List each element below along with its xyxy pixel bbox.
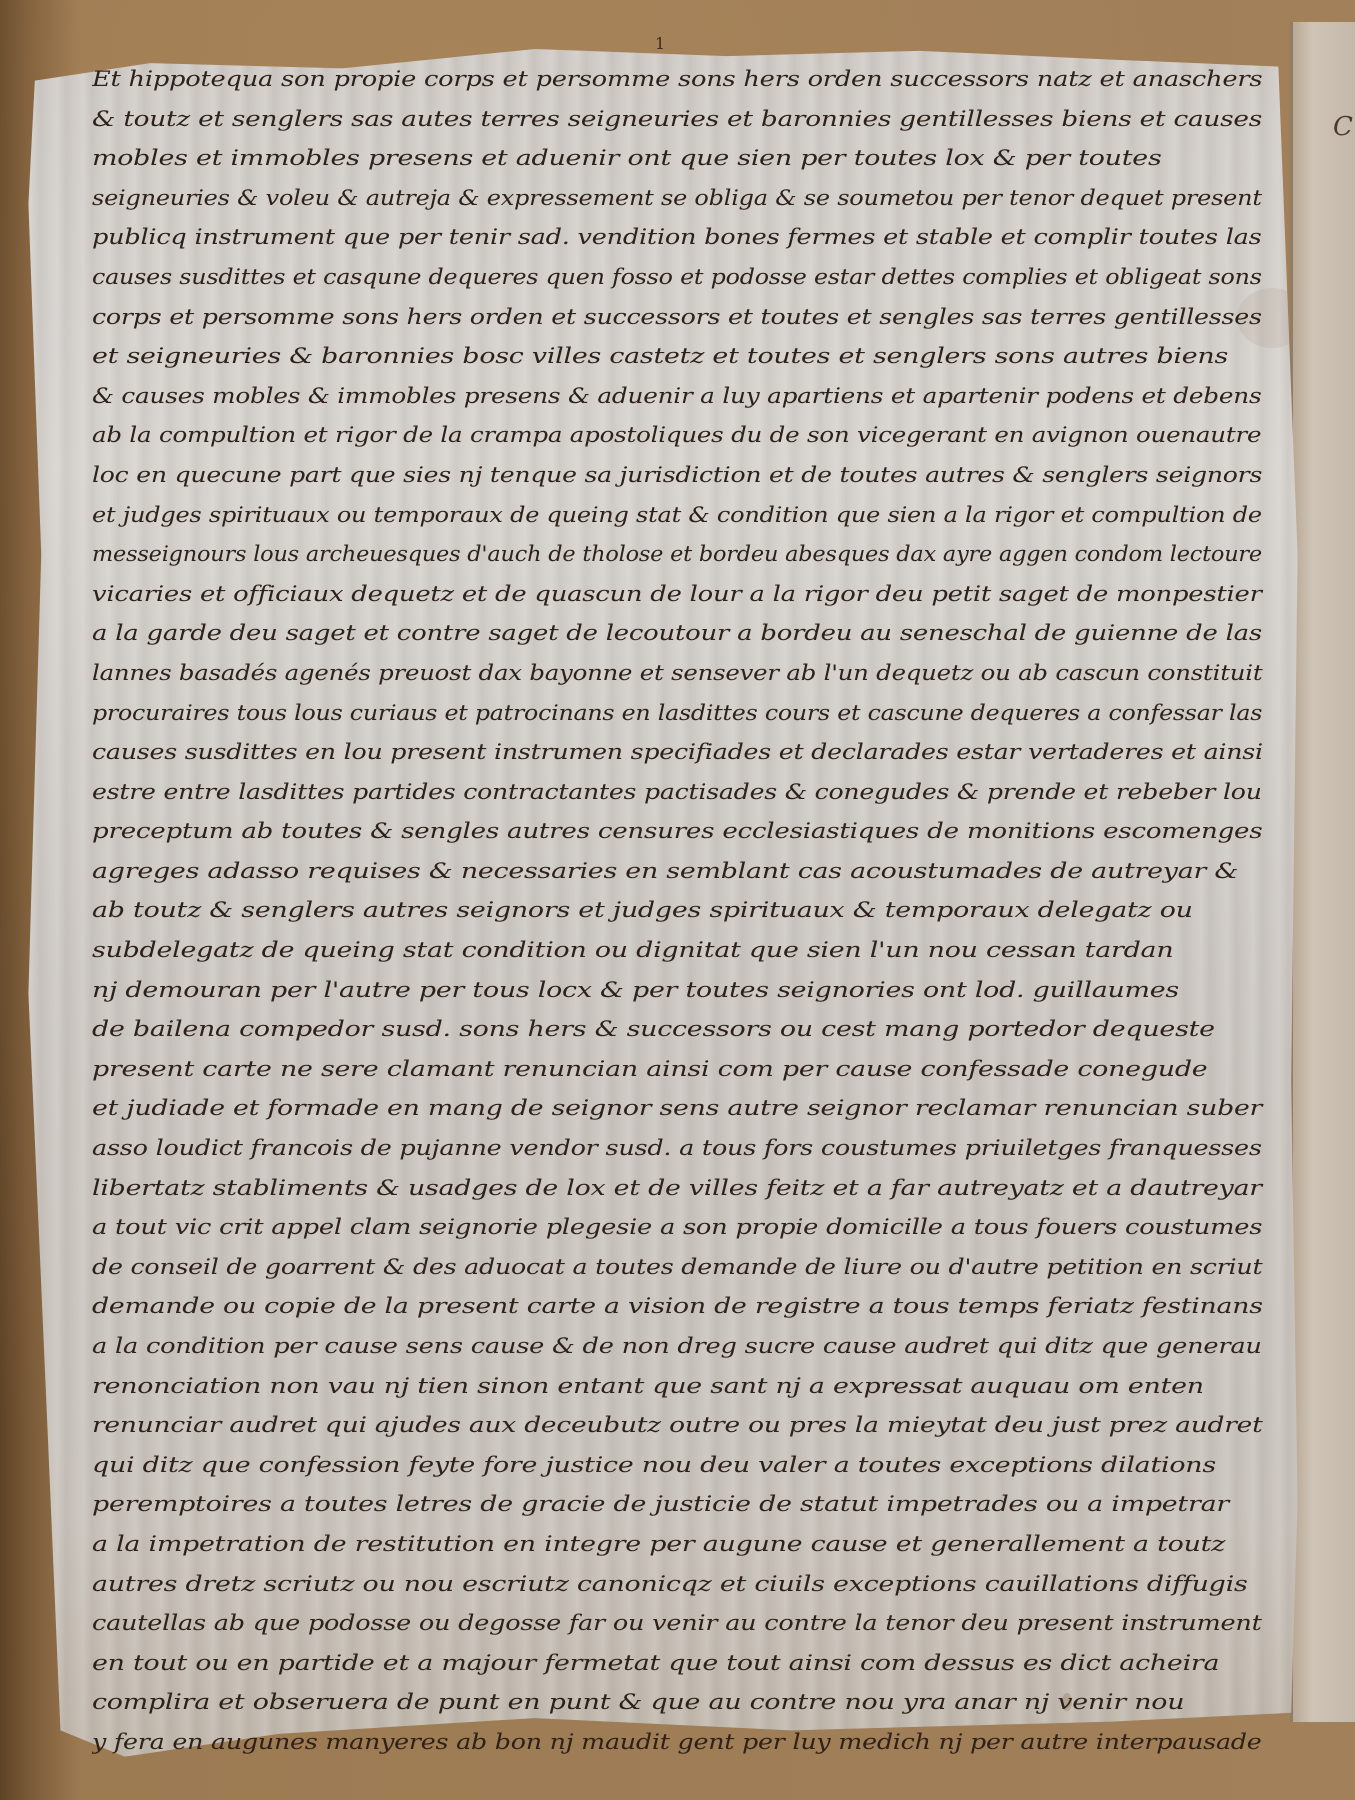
manuscript-line: publicq instrument que per tenir sad. ve… bbox=[92, 218, 1277, 258]
manuscript-line-text: qui ditz que confession feyte fore justi… bbox=[92, 1446, 1216, 1486]
manuscript-line-text: a la impetration de restitution en integ… bbox=[92, 1525, 1225, 1565]
manuscript-line: procuraires tous lous curiaus et patroci… bbox=[92, 694, 1277, 734]
manuscript-line: et judges spirituaux ou temporaux de que… bbox=[92, 496, 1277, 536]
manuscript-line-text: ab la compultion et rigor de la crampa a… bbox=[92, 416, 1261, 456]
manuscript-line: y fera en augunes manyeres ab bon nj mau… bbox=[92, 1723, 1277, 1763]
manuscript-line: & toutz et senglers sas autes terres sei… bbox=[92, 100, 1277, 140]
manuscript-line-text: publicq instrument que per tenir sad. ve… bbox=[92, 218, 1262, 258]
manuscript-line: estre entre lasdittes partides contracta… bbox=[92, 773, 1277, 813]
manuscript-line-text: et judiade et formade en mang de seignor… bbox=[92, 1089, 1262, 1129]
manuscript-line: autres dretz scriutz ou nou escriutz can… bbox=[92, 1565, 1277, 1605]
manuscript-line: present carte ne sere clamant renuncian … bbox=[92, 1050, 1277, 1090]
manuscript-line: causes susdittes en lou present instrume… bbox=[92, 733, 1277, 773]
manuscript-line-text: seigneuries & voleu & autreja & expresse… bbox=[92, 179, 1262, 219]
manuscript-line-text: subdelegatz de queing stat condition ou … bbox=[92, 931, 1173, 971]
manuscript-line: a tout vic crit appel clam seignorie ple… bbox=[92, 1208, 1277, 1248]
manuscript-line-text: peremptoires a toutes letres de gracie d… bbox=[92, 1485, 1229, 1525]
manuscript-line-text: demande ou copie de la present carte a v… bbox=[92, 1287, 1263, 1327]
manuscript-line: preceptum ab toutes & sengles autres cen… bbox=[92, 812, 1277, 852]
manuscript-line-text: vicaries et officiaux dequetz et de quas… bbox=[92, 575, 1262, 615]
manuscript-line-text: & toutz et senglers sas autes terres sei… bbox=[92, 100, 1262, 140]
manuscript-line: & causes mobles & immobles presens & adu… bbox=[92, 377, 1277, 417]
manuscript-line-text: present carte ne sere clamant renuncian … bbox=[92, 1050, 1207, 1090]
manuscript-line-text: et seigneuries & baronnies bosc villes c… bbox=[92, 337, 1228, 377]
manuscript-line: vicaries et officiaux dequetz et de quas… bbox=[92, 575, 1277, 615]
manuscript-line-text: renunciar audret qui ajudes aux deceubut… bbox=[92, 1406, 1263, 1446]
manuscript-line: renunciar audret qui ajudes aux deceubut… bbox=[92, 1406, 1277, 1446]
manuscript-line-text: libertatz stabliments & usadges de lox e… bbox=[92, 1169, 1262, 1209]
manuscript-line-text: en tout ou en partide et a majour fermet… bbox=[92, 1644, 1219, 1684]
manuscript-line: peremptoires a toutes letres de gracie d… bbox=[92, 1485, 1277, 1525]
manuscript-line: corps et persomme sons hers orden et suc… bbox=[92, 298, 1277, 338]
manuscript-line-text: cautellas ab que podosse ou degosse far … bbox=[92, 1604, 1262, 1644]
manuscript-line-text: messeignours lous archeuesques d'auch de… bbox=[92, 535, 1262, 575]
manuscript-line: lannes basadés agenés preuost dax bayonn… bbox=[92, 654, 1277, 694]
manuscript-line: messeignours lous archeuesques d'auch de… bbox=[92, 535, 1277, 575]
manuscript-line: Et hippotequa son propie corps et persom… bbox=[92, 60, 1277, 100]
manuscript-line: causes susdittes et casqune dequeres que… bbox=[92, 258, 1277, 298]
manuscript-line: loc en quecune part que sies nj tenque s… bbox=[92, 456, 1277, 496]
manuscript-line-text: y fera en augunes manyeres ab bon nj mau… bbox=[92, 1723, 1262, 1763]
manuscript-line-text: a la condition per cause sens cause & de… bbox=[92, 1327, 1262, 1367]
manuscript-line: renonciation non vau nj tien sinon entan… bbox=[92, 1367, 1277, 1407]
manuscript-line-text: agreges adasso requises & necessaries en… bbox=[92, 852, 1238, 892]
manuscript-line-text: & causes mobles & immobles presens & adu… bbox=[92, 377, 1261, 417]
manuscript-line-text: complira et obseruera de punt en punt & … bbox=[92, 1683, 1184, 1723]
manuscript-line: a la condition per cause sens cause & de… bbox=[92, 1327, 1277, 1367]
manuscript-line: a la impetration de restitution en integ… bbox=[92, 1525, 1277, 1565]
manuscript-line-text: corps et persomme sons hers orden et suc… bbox=[92, 298, 1262, 338]
manuscript-line-text: Et hippotequa son propie corps et persom… bbox=[92, 60, 1262, 100]
manuscript-line-text: renonciation non vau nj tien sinon entan… bbox=[92, 1367, 1204, 1407]
manuscript-line: de conseil de goarrent & des aduocat a t… bbox=[92, 1248, 1277, 1288]
manuscript-line: cautellas ab que podosse ou degosse far … bbox=[92, 1604, 1277, 1644]
manuscript-line: libertatz stabliments & usadges de lox e… bbox=[92, 1169, 1277, 1209]
manuscript-line-text: nj demouran per l'autre per tous locx & … bbox=[92, 971, 1179, 1011]
manuscript-line: demande ou copie de la present carte a v… bbox=[92, 1287, 1277, 1327]
manuscript-line: asso loudict francois de pujanne vendor … bbox=[92, 1129, 1277, 1169]
manuscript-line-text: de conseil de goarrent & des aduocat a t… bbox=[92, 1248, 1262, 1288]
manuscript-line-text: de bailena compedor susd. sons hers & su… bbox=[92, 1010, 1215, 1050]
manuscript-line-text: et judges spirituaux ou temporaux de que… bbox=[92, 496, 1262, 536]
manuscript-line-text: procuraires tous lous curiaus et patroci… bbox=[92, 694, 1262, 734]
manuscript-line: mobles et immobles presens et aduenir on… bbox=[92, 139, 1277, 179]
manuscript-line: qui ditz que confession feyte fore justi… bbox=[92, 1446, 1277, 1486]
manuscript-text-body: Et hippotequa son propie corps et persom… bbox=[92, 60, 1277, 1763]
manuscript-line-text: asso loudict francois de pujanne vendor … bbox=[92, 1129, 1262, 1169]
manuscript-line: ab toutz & senglers autres seignors et j… bbox=[92, 891, 1277, 931]
manuscript-line-text: a tout vic crit appel clam seignorie ple… bbox=[92, 1208, 1262, 1248]
edge-letter: C bbox=[1333, 112, 1353, 142]
manuscript-line: de bailena compedor susd. sons hers & su… bbox=[92, 1010, 1277, 1050]
manuscript-line-text: ab toutz & senglers autres seignors et j… bbox=[92, 891, 1193, 931]
manuscript-line-text: causes susdittes en lou present instrume… bbox=[92, 733, 1263, 773]
manuscript-line: a la garde deu saget et contre saget de … bbox=[92, 614, 1277, 654]
manuscript-line-text: preceptum ab toutes & sengles autres cen… bbox=[92, 812, 1262, 852]
manuscript-line-text: a la garde deu saget et contre saget de … bbox=[92, 614, 1262, 654]
manuscript-line: et judiade et formade en mang de seignor… bbox=[92, 1089, 1277, 1129]
manuscript-line: complira et obseruera de punt en punt & … bbox=[92, 1683, 1277, 1723]
manuscript-line-text: autres dretz scriutz ou nou escriutz can… bbox=[92, 1565, 1247, 1605]
manuscript-line-text: causes susdittes et casqune dequeres que… bbox=[92, 258, 1262, 298]
adjacent-page-edge: C bbox=[1290, 22, 1355, 1722]
manuscript-line: nj demouran per l'autre per tous locx & … bbox=[92, 971, 1277, 1011]
folio-number: 1 bbox=[655, 34, 665, 53]
manuscript-line: en tout ou en partide et a majour fermet… bbox=[92, 1644, 1277, 1684]
manuscript-line: et seigneuries & baronnies bosc villes c… bbox=[92, 337, 1277, 377]
manuscript-line-text: lannes basadés agenés preuost dax bayonn… bbox=[92, 654, 1262, 694]
manuscript-line: ab la compultion et rigor de la crampa a… bbox=[92, 416, 1277, 456]
manuscript-line-text: mobles et immobles presens et aduenir on… bbox=[92, 139, 1161, 179]
manuscript-line-text: loc en quecune part que sies nj tenque s… bbox=[92, 456, 1262, 496]
manuscript-line: agreges adasso requises & necessaries en… bbox=[92, 852, 1277, 892]
manuscript-line: seigneuries & voleu & autreja & expresse… bbox=[92, 179, 1277, 219]
manuscript-line: subdelegatz de queing stat condition ou … bbox=[92, 931, 1277, 971]
manuscript-line-text: estre entre lasdittes partides contracta… bbox=[92, 773, 1262, 813]
